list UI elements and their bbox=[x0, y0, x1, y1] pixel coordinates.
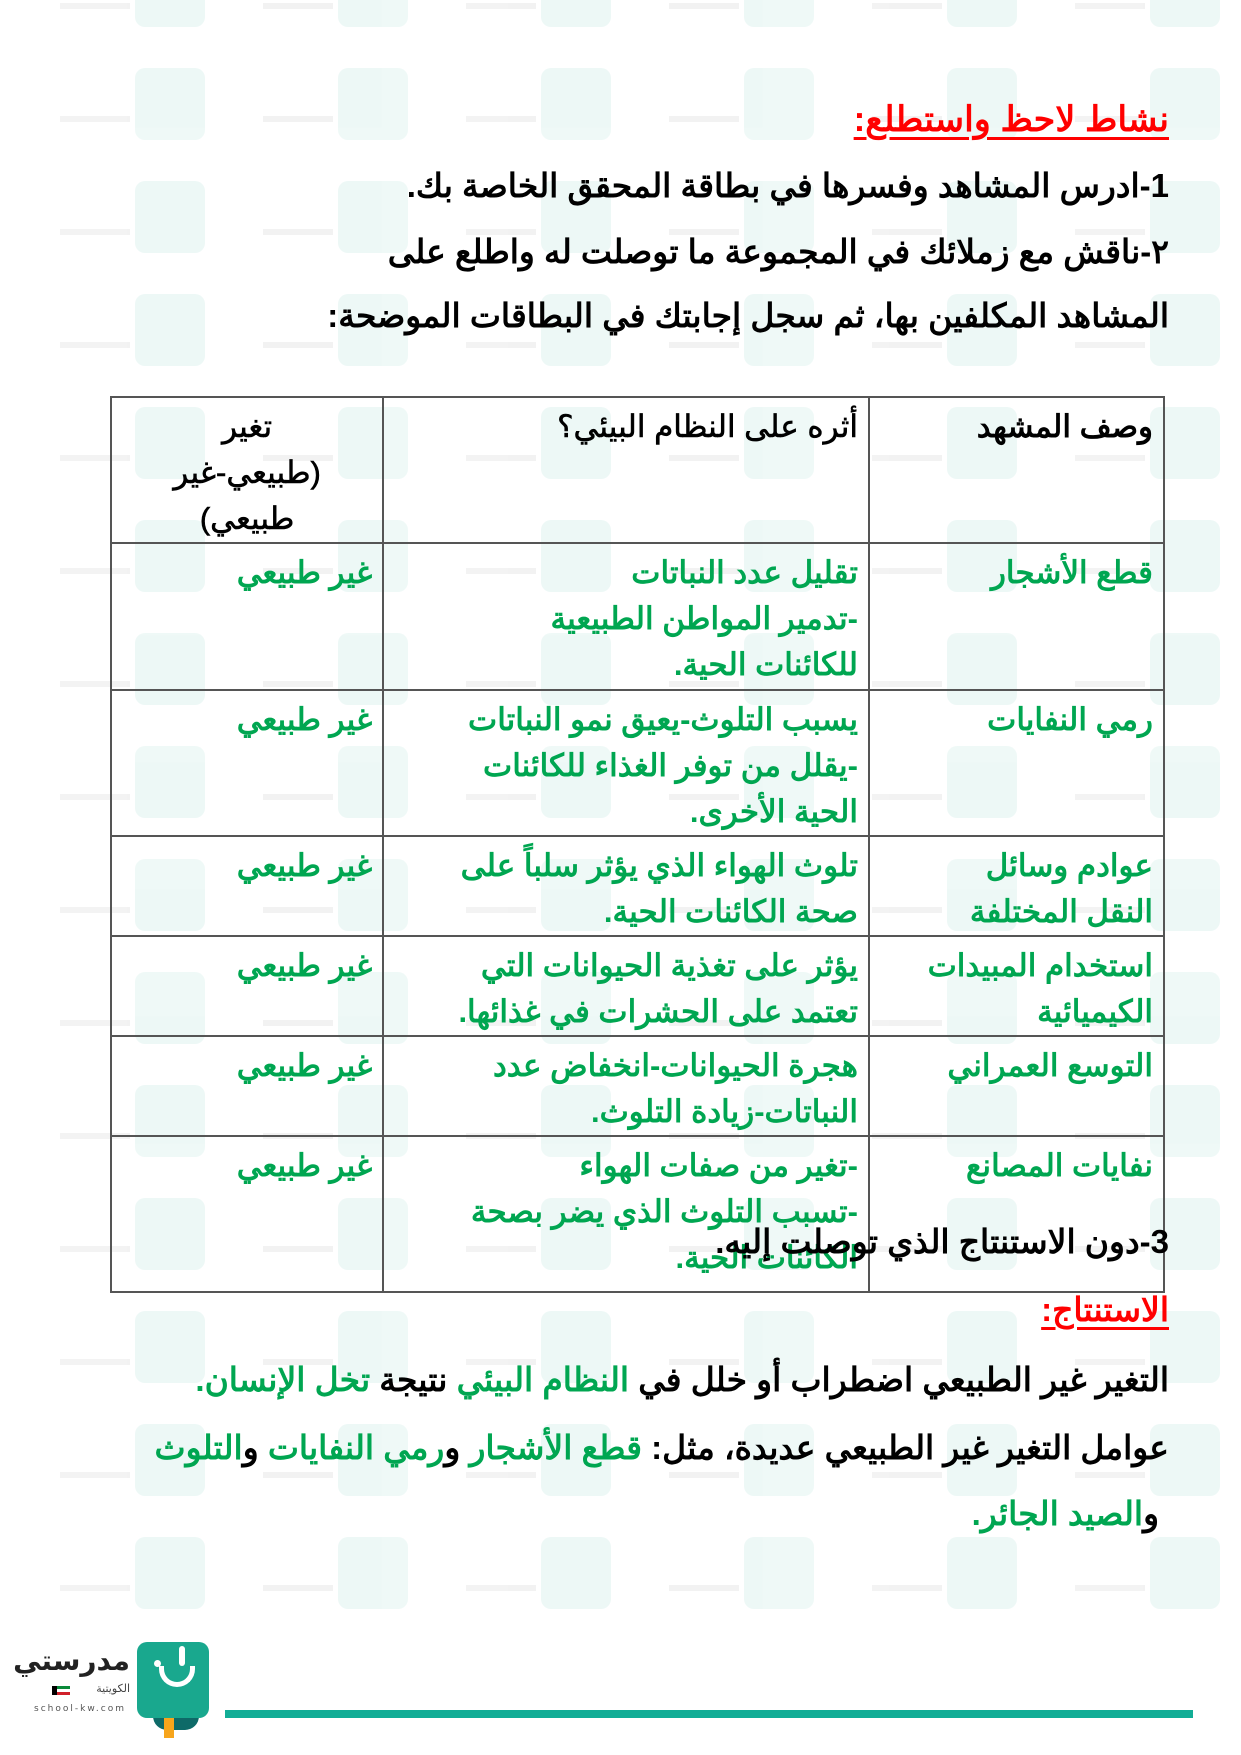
watermark-subline bbox=[263, 229, 333, 235]
watermark-book-icon bbox=[135, 294, 205, 366]
watermark-tile bbox=[1045, 0, 1241, 81]
cell-effect: تقليل عدد النباتات-تدمير المواطن الطبيعي… bbox=[383, 543, 869, 690]
cell-change-type-line: غير طبيعي bbox=[122, 943, 372, 989]
cell-scene-line: التوسع العمراني bbox=[880, 1043, 1153, 1089]
table-row: رمي النفاياتيسبب التلوث-يعيق نمو النباتا… bbox=[111, 690, 1164, 836]
watermark-subline bbox=[466, 1472, 536, 1478]
watermark-book-icon bbox=[135, 0, 205, 27]
watermark-subline bbox=[60, 1472, 130, 1478]
instruction-step-2-line-2: المشاهد المكلفين بها، ثم سجل إجابتك في ا… bbox=[327, 296, 1169, 335]
table-row: استخدام المبيداتالكيميائيةيؤثر على تغذية… bbox=[111, 936, 1164, 1036]
table-row: قطع الأشجارتقليل عدد النباتات-تدمير المو… bbox=[111, 543, 1164, 690]
instruction-step-2-line-1: ٢-ناقش مع زملائك في المجموعة ما توصلت له… bbox=[388, 232, 1169, 271]
watermark-subline bbox=[872, 3, 942, 9]
logo-subtitle: الكويتية bbox=[72, 1682, 130, 1695]
instruction-step-1: 1-ادرس المشاهد وفسرها في بطاقة المحقق ال… bbox=[407, 166, 1169, 205]
watermark-book-icon bbox=[1150, 0, 1220, 27]
watermark-book-icon bbox=[947, 0, 1017, 27]
conclusion-sentence-1: التغير غير الطبيعي اضطراب أو خلل في النظ… bbox=[195, 1360, 1169, 1399]
watermark-subline bbox=[669, 116, 739, 122]
watermark-subline bbox=[669, 342, 739, 348]
header-effect: أثره على النظام البيئي؟ bbox=[383, 397, 869, 543]
watermark-book-icon bbox=[744, 68, 814, 140]
cell-scene: عوادم وسائلالنقل المختلفة bbox=[869, 836, 1164, 936]
table-row: عوادم وسائلالنقل المختلفةتلوث الهواء الذ… bbox=[111, 836, 1164, 936]
conclusion-heading: الاستنتاج: bbox=[1041, 1290, 1169, 1329]
factor-tree-cutting: قطع الأشجار bbox=[469, 1429, 642, 1466]
watermark-subline bbox=[1075, 1472, 1145, 1478]
watermark-tile bbox=[436, 0, 639, 81]
watermark-subline bbox=[263, 1585, 333, 1591]
cell-change-type: غير طبيعي bbox=[111, 1136, 383, 1292]
watermark-subline bbox=[1075, 342, 1145, 348]
cell-effect-line: يؤثر على تغذية الحيوانات التي bbox=[394, 943, 858, 989]
watermark-subline bbox=[669, 3, 739, 9]
cell-scene-line: عوادم وسائل bbox=[880, 843, 1153, 889]
watermark-subline bbox=[1075, 1585, 1145, 1591]
watermark-book-icon bbox=[135, 68, 205, 140]
watermark-book-icon bbox=[744, 1537, 814, 1609]
watermark-book-icon bbox=[338, 68, 408, 140]
watermark-tile bbox=[639, 0, 842, 81]
watermark-subline bbox=[466, 342, 536, 348]
cell-scene: نفايات المصانع bbox=[869, 1136, 1164, 1292]
watermark-subline bbox=[669, 1585, 739, 1591]
watermark-subline bbox=[872, 342, 942, 348]
watermark-tile bbox=[30, 68, 233, 194]
cell-scene-line: الكيميائية bbox=[880, 989, 1153, 1035]
cell-effect-line: تقليل عدد النباتات bbox=[394, 550, 858, 596]
cell-scene: التوسع العمراني bbox=[869, 1036, 1164, 1136]
sentence-1-highlight-ecosystem: النظام البيئي bbox=[457, 1361, 630, 1398]
watermark-book-icon bbox=[135, 1537, 205, 1609]
table-row: التوسع العمرانيهجرة الحيوانات-انخفاض عدد… bbox=[111, 1036, 1164, 1136]
cell-change-type-line: غير طبيعي bbox=[122, 550, 372, 596]
cell-scene-line: استخدام المبيدات bbox=[880, 943, 1153, 989]
table-row: نفايات المصانع-تغير من صفات الهواء-تسبب … bbox=[111, 1136, 1164, 1292]
cell-change-type: غير طبيعي bbox=[111, 690, 383, 836]
table-header-row: وصف المشهد أثره على النظام البيئي؟ تغير … bbox=[111, 397, 1164, 543]
watermark-book-icon bbox=[541, 1537, 611, 1609]
cell-change-type: غير طبيعي bbox=[111, 836, 383, 936]
header-change-line-2: (طبيعي-غير طبيعي) bbox=[122, 450, 372, 542]
sentence-2-and-1: و bbox=[444, 1429, 469, 1466]
watermark-tile bbox=[436, 1537, 639, 1663]
watermark-subline bbox=[263, 116, 333, 122]
cell-effect-line: -تغير من صفات الهواء bbox=[394, 1143, 858, 1189]
cell-change-type: غير طبيعي bbox=[111, 1036, 383, 1136]
cell-effect: يسبب التلوث-يعيق نمو النباتات-يقلل من تو… bbox=[383, 690, 869, 836]
watermark-tile bbox=[233, 68, 436, 194]
sentence-2-part-a: عوامل التغير غير الطبيعي عديدة، مثل: bbox=[642, 1429, 1169, 1466]
watermark-tile bbox=[1045, 1537, 1241, 1663]
watermark-book-icon bbox=[744, 0, 814, 27]
footer-divider bbox=[225, 1710, 1193, 1718]
cell-scene-line: قطع الأشجار bbox=[880, 550, 1153, 596]
watermark-subline bbox=[466, 116, 536, 122]
cell-change-type-line: غير طبيعي bbox=[122, 843, 372, 889]
sentence-2-and-3: و bbox=[1143, 1495, 1159, 1532]
cell-effect: تلوث الهواء الذي يؤثر سلباً علىصحة الكائ… bbox=[383, 836, 869, 936]
watermark-tile bbox=[233, 1537, 436, 1663]
watermark-book-icon bbox=[541, 68, 611, 140]
kuwait-flag-icon bbox=[52, 1686, 70, 1695]
watermark-subline bbox=[872, 1585, 942, 1591]
watermark-tile bbox=[30, 0, 233, 81]
activity-title: نشاط لاحظ واستطلع: bbox=[854, 100, 1169, 140]
cell-effect-line: النباتات-زيادة التلوث. bbox=[394, 1089, 858, 1135]
cell-effect-line: تعتمد على الحشرات في غذائها. bbox=[394, 989, 858, 1035]
cell-scene: رمي النفايات bbox=[869, 690, 1164, 836]
sentence-1-highlight-human: تخل الإنسان. bbox=[195, 1361, 370, 1398]
cell-scene-line: نفايات المصانع bbox=[880, 1143, 1153, 1189]
cell-change-type-line: غير طبيعي bbox=[122, 1143, 372, 1189]
watermark-subline bbox=[263, 1472, 333, 1478]
cell-effect-line: للكائنات الحية. bbox=[394, 642, 858, 688]
cell-effect-line: -تدمير المواطن الطبيعية bbox=[394, 596, 858, 642]
watermark-subline bbox=[60, 1585, 130, 1591]
cell-effect: هجرة الحيوانات-انخفاض عددالنباتات-زيادة … bbox=[383, 1036, 869, 1136]
cell-change-type-line: غير طبيعي bbox=[122, 1043, 372, 1089]
instruction-step-3: 3-دون الاستنتاج الذي توصلت إليه. bbox=[715, 1222, 1169, 1261]
watermark-book-icon bbox=[338, 1537, 408, 1609]
cell-scene-line: رمي النفايات bbox=[880, 697, 1153, 743]
watermark-book-icon bbox=[338, 0, 408, 27]
watermark-subline bbox=[263, 342, 333, 348]
factor-overhunting: الصيد الجائر. bbox=[972, 1495, 1143, 1532]
watermark-book-icon bbox=[541, 0, 611, 27]
watermark-subline bbox=[60, 3, 130, 9]
cell-effect-line: يسبب التلوث-يعيق نمو النباتات bbox=[394, 697, 858, 743]
cell-effect-line: هجرة الحيوانات-انخفاض عدد bbox=[394, 1043, 858, 1089]
cell-effect-line: -يقلل من توفر الغذاء للكائنات bbox=[394, 743, 858, 789]
watermark-subline bbox=[60, 342, 130, 348]
sentence-1-part-c: نتيجة bbox=[370, 1361, 456, 1398]
watermark-subline bbox=[669, 1472, 739, 1478]
header-change-type: تغير (طبيعي-غير طبيعي) bbox=[111, 397, 383, 543]
madrasati-logo: مدرستي الكويتية school-kw.com bbox=[22, 1640, 212, 1750]
cell-effect: يؤثر على تغذية الحيوانات التيتعتمد على ا… bbox=[383, 936, 869, 1036]
header-scene: وصف المشهد bbox=[869, 397, 1164, 543]
watermark-subline bbox=[466, 1585, 536, 1591]
conclusion-sentence-2: عوامل التغير غير الطبيعي عديدة، مثل: قطع… bbox=[155, 1428, 1170, 1467]
cell-change-type-line: غير طبيعي bbox=[122, 697, 372, 743]
watermark-tile bbox=[233, 0, 436, 81]
watermark-tile bbox=[639, 1537, 842, 1663]
watermark-book-icon bbox=[1150, 1537, 1220, 1609]
cell-change-type: غير طبيعي bbox=[111, 936, 383, 1036]
cell-scene-line: النقل المختلفة bbox=[880, 889, 1153, 935]
conclusion-sentence-2-cont: والصيد الجائر. bbox=[972, 1494, 1159, 1533]
header-change-line-1: تغير bbox=[122, 404, 372, 450]
watermark-tile bbox=[30, 181, 233, 307]
watermark-subline bbox=[60, 229, 130, 235]
cell-effect-line: تلوث الهواء الذي يؤثر سلباً على bbox=[394, 843, 858, 889]
cell-change-type: غير طبيعي bbox=[111, 543, 383, 690]
watermark-subline bbox=[60, 116, 130, 122]
observation-table: وصف المشهد أثره على النظام البيئي؟ تغير … bbox=[110, 396, 1165, 1293]
watermark-book-icon bbox=[947, 1537, 1017, 1609]
watermark-book-icon bbox=[135, 181, 205, 253]
watermark-subline bbox=[60, 1359, 130, 1365]
watermark-tile bbox=[842, 0, 1045, 81]
logo-ribbon-icon bbox=[164, 1718, 174, 1738]
cell-scene: استخدام المبيداتالكيميائية bbox=[869, 936, 1164, 1036]
logo-name: مدرستي bbox=[22, 1644, 130, 1677]
cell-effect: -تغير من صفات الهواء-تسبب التلوث الذي يض… bbox=[383, 1136, 869, 1292]
sentence-1-part-a: التغير غير الطبيعي اضطراب أو خلل في bbox=[629, 1361, 1169, 1398]
logo-bar-icon bbox=[179, 1646, 185, 1666]
header-effect-label: أثره على النظام البيئي؟ bbox=[557, 409, 858, 444]
watermark-tile bbox=[842, 1537, 1045, 1663]
watermark-subline bbox=[1075, 3, 1145, 9]
watermark-subline bbox=[872, 1472, 942, 1478]
watermark-subline bbox=[466, 3, 536, 9]
sentence-2-and-2: و bbox=[243, 1429, 268, 1466]
cell-scene: قطع الأشجار bbox=[869, 543, 1164, 690]
cell-effect-line: صحة الكائنات الحية. bbox=[394, 889, 858, 935]
cell-effect-line: الحية الأخرى. bbox=[394, 789, 858, 835]
header-scene-label: وصف المشهد bbox=[977, 409, 1153, 444]
factor-waste-dumping: رمي النفايات bbox=[268, 1429, 445, 1466]
factor-pollution: التلوث bbox=[155, 1429, 243, 1466]
watermark-subline bbox=[263, 3, 333, 9]
logo-url: school-kw.com bbox=[26, 1704, 134, 1714]
